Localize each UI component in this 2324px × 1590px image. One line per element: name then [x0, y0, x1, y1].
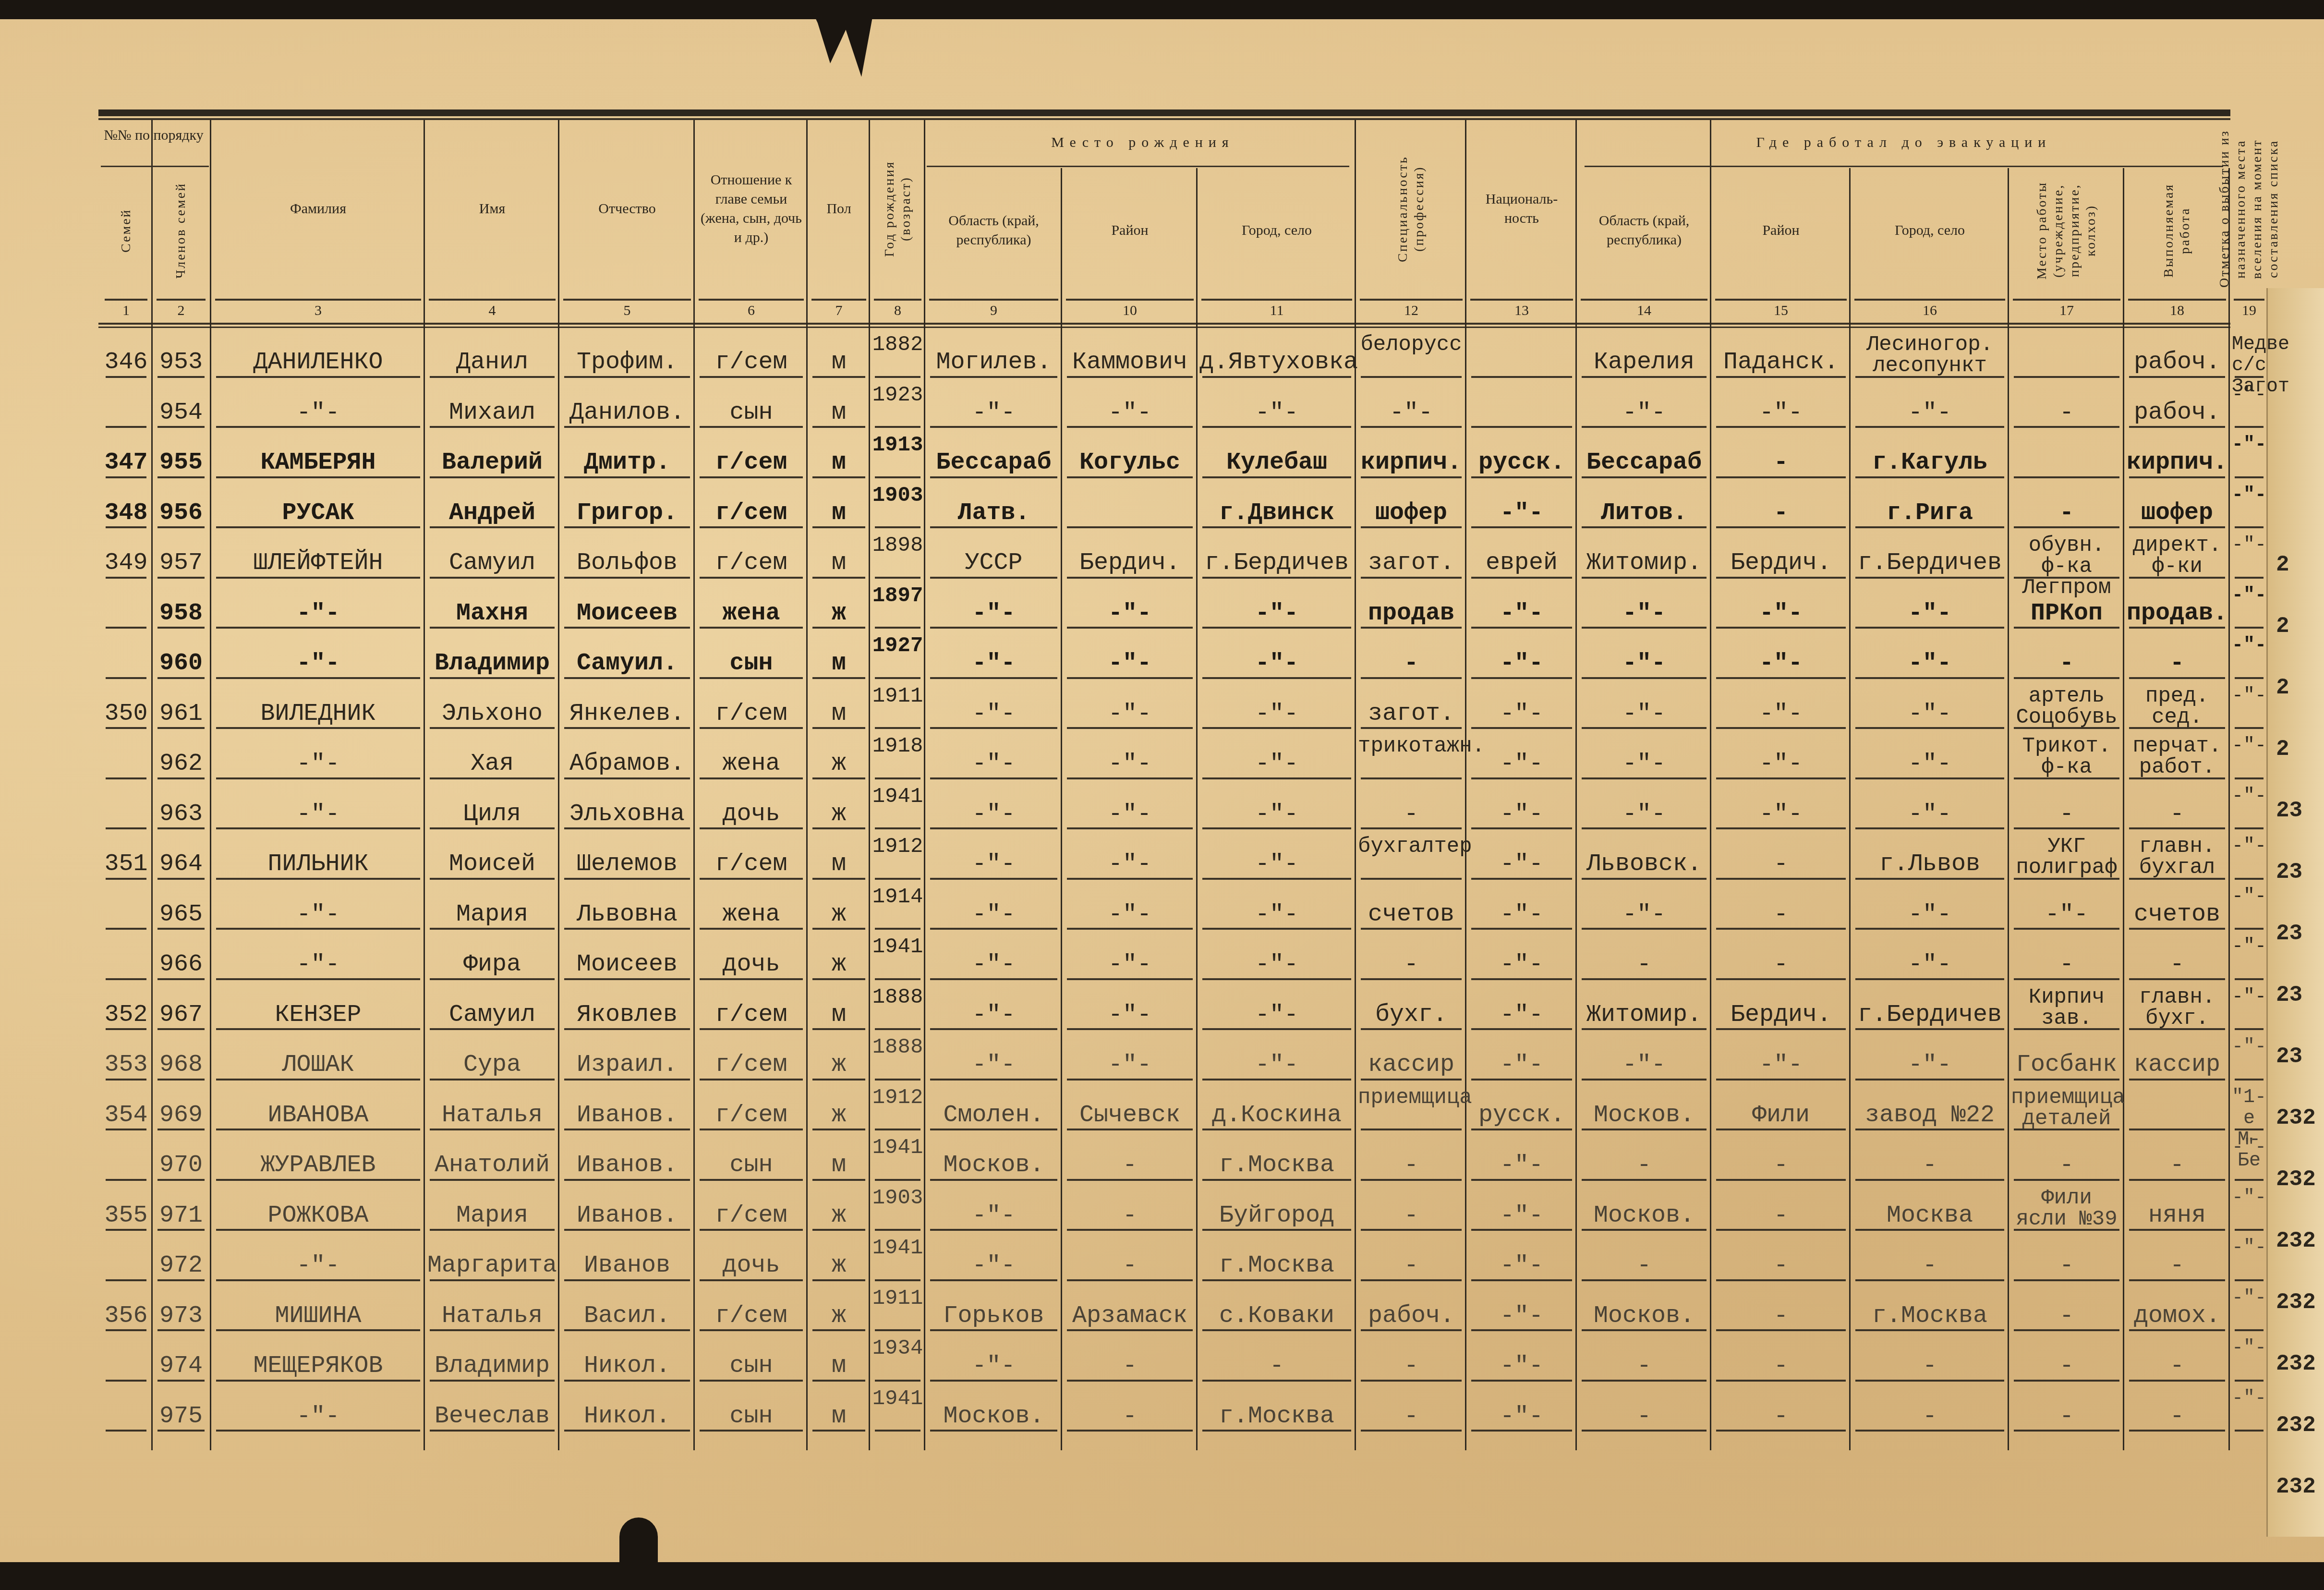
row-underline: [700, 777, 803, 779]
cell-name: Эльхоно: [427, 702, 557, 726]
cell-b-district: Арзамаск: [1064, 1304, 1196, 1328]
row-underline: [430, 878, 555, 880]
cell-note: -"-: [2232, 485, 2266, 506]
cell-w-district: -: [1713, 451, 1849, 475]
row-underline: [157, 577, 205, 579]
table-row: 974МЕЩЕРЯКОВВладимирНикол.сынм1934-"----…: [0, 1335, 2324, 1385]
row-underline: [1471, 1079, 1572, 1080]
row-underline: [1067, 1279, 1193, 1281]
row-underline: [875, 1380, 920, 1382]
column-number: 7: [808, 303, 870, 319]
row-underline: [106, 1279, 146, 1281]
row-underline: [1471, 476, 1572, 478]
row-underline: [2129, 978, 2225, 980]
cell-job: главн. бухгал: [2126, 836, 2228, 878]
row-underline: [1582, 577, 1707, 579]
row-underline: [2014, 1329, 2119, 1331]
column-header-19: Отметка о выбытии из назначенного места …: [2232, 130, 2266, 288]
cell-w-district: -: [1713, 1354, 1849, 1378]
header-top-rule-thin: [98, 118, 2230, 120]
row-underline: [930, 376, 1057, 378]
cell-job: главн. бухг.: [2126, 987, 2228, 1029]
row-underline: [2129, 577, 2225, 579]
cell-name: Владимир: [427, 652, 557, 676]
row-underline: [1361, 1229, 1462, 1231]
cell-job: -: [2126, 1254, 2228, 1278]
column-header-2: Членов семей: [155, 173, 207, 288]
cell-job: перчат. работ.: [2126, 736, 2228, 778]
cell-b-region: -"-: [927, 1003, 1060, 1027]
row-underline: [430, 1329, 555, 1331]
table-row: 354969ИВАНОВАНатальяИванов.г/семж1912Смо…: [0, 1084, 2324, 1135]
cell-b-district: Сычевск: [1064, 1104, 1196, 1128]
row-underline: [1361, 476, 1462, 478]
cell-b-region: Могилев.: [927, 351, 1060, 375]
cell-workplace: -: [2011, 401, 2122, 425]
table-row: 348956РУСАКАндрейГригор.г/семм1903Латв.г…: [0, 482, 2324, 533]
row-underline: [1855, 426, 2004, 428]
row-underline: [106, 1179, 146, 1181]
cell-w-city: -"-: [1852, 903, 2007, 927]
cell-relation: сын: [697, 1153, 806, 1177]
row-underline: [1202, 978, 1351, 980]
cell-w-district: Бердич.: [1713, 551, 1849, 575]
cell-patronymic: Иванов.: [561, 1153, 693, 1177]
cell-patronymic: Абрамов.: [561, 752, 693, 776]
row-underline: [430, 426, 555, 428]
cell-note: -"-: [2232, 1238, 2266, 1259]
cell-w-district: -"-: [1713, 602, 1849, 626]
row-underline: [1067, 1079, 1193, 1080]
row-underline: [2235, 1279, 2263, 1281]
column-number-rule: [215, 299, 421, 301]
cell-sex: ж: [810, 903, 868, 927]
row-underline: [1361, 627, 1462, 629]
row-underline: [700, 727, 803, 729]
cell-surname: -"-: [213, 652, 423, 676]
cell-family: 356: [103, 1304, 149, 1328]
cell-w-region: Москов.: [1579, 1204, 1709, 1228]
row-underline: [2235, 1129, 2263, 1130]
cell-w-district: -"-: [1713, 401, 1849, 425]
row-underline: [564, 1430, 690, 1432]
cell-w-region: Карелия: [1579, 351, 1709, 375]
row-underline: [564, 476, 690, 478]
cell-note: -"-: [2232, 435, 2266, 456]
cell-patronymic: Вольфов: [561, 551, 693, 575]
table-row: 352967КЕНЗЕРСамуилЯковлевг/семм1888-"--"…: [0, 984, 2324, 1034]
cell-b-region: Смолен.: [927, 1104, 1060, 1128]
row-underline: [1361, 878, 1462, 880]
cell-relation: сын: [697, 1354, 806, 1378]
cell-b-district: -"-: [1064, 1053, 1196, 1077]
column-number: 19: [2230, 303, 2268, 319]
cell-patronymic: Иванов.: [561, 1104, 693, 1128]
row-underline: [1202, 677, 1351, 679]
row-underline: [1361, 1380, 1462, 1382]
row-underline: [875, 878, 920, 880]
column-header-9: Область (край, республика): [927, 173, 1060, 288]
cell-job: счетов: [2126, 903, 2228, 927]
cell-member: 961: [155, 702, 207, 726]
row-underline: [1471, 1028, 1572, 1030]
row-underline: [2235, 1028, 2263, 1030]
cell-w-region: Москов.: [1579, 1104, 1709, 1128]
row-underline: [2235, 526, 2263, 528]
table-row: 347955КАМБЕРЯНВалерийДмитр.г/семм1913Бес…: [0, 432, 2324, 482]
row-underline: [430, 677, 555, 679]
cell-w-region: Москов.: [1579, 1304, 1709, 1328]
row-underline: [930, 978, 1057, 980]
row-underline: [1716, 1179, 1846, 1181]
row-underline: [875, 476, 920, 478]
cell-name: Анатолий: [427, 1153, 557, 1177]
row-underline: [157, 376, 205, 378]
table-row: 963-"-ЦиляЭльховнадочьж1941-"--"--"---"-…: [0, 783, 2324, 834]
cell-b-region: -"-: [927, 602, 1060, 626]
adjacent-page-number: 2: [2276, 614, 2289, 639]
cell-b-region: -"-: [927, 1254, 1060, 1278]
cell-workplace: -: [2011, 1354, 2122, 1378]
cell-patronymic: Данилов.: [561, 401, 693, 425]
row-underline: [564, 1329, 690, 1331]
column-number-rule: [429, 299, 556, 301]
cell-relation: г/сем: [697, 702, 806, 726]
cell-note: -"-: [2232, 936, 2266, 958]
row-underline: [875, 1129, 920, 1130]
cell-w-region: -: [1579, 1405, 1709, 1429]
row-underline: [1582, 677, 1707, 679]
cell-nationality: -"-: [1468, 702, 1575, 726]
row-underline: [875, 627, 920, 629]
row-underline: [2235, 677, 2263, 679]
cell-b-district: -: [1064, 1153, 1196, 1177]
row-underline: [1067, 1179, 1193, 1181]
cell-workplace: приемщица деталей: [2011, 1087, 2122, 1129]
cell-surname: РУСАК: [213, 501, 423, 525]
cell-member: 966: [155, 953, 207, 977]
row-underline: [430, 928, 555, 930]
torn-edge-top: [0, 0, 2324, 19]
cell-workplace: -: [2011, 501, 2122, 525]
row-underline: [700, 677, 803, 679]
row-underline: [1716, 526, 1846, 528]
cell-year: 1882: [872, 334, 923, 355]
row-underline: [1067, 878, 1193, 880]
adjacent-page-number: 232: [2276, 1167, 2316, 1192]
row-underline: [1067, 577, 1193, 579]
row-underline: [2129, 878, 2225, 880]
row-underline: [106, 1229, 146, 1231]
row-underline: [216, 476, 420, 478]
row-underline: [1202, 1380, 1351, 1382]
row-underline: [700, 577, 803, 579]
cell-b-region: -"-: [927, 702, 1060, 726]
cell-profession: -: [1358, 1153, 1465, 1177]
cell-w-city: -: [1852, 1354, 2007, 1378]
row-underline: [1855, 526, 2004, 528]
row-underline: [1582, 878, 1707, 880]
row-underline: [157, 1028, 205, 1030]
cell-w-district: Бердич.: [1713, 1003, 1849, 1027]
cell-sex: ж: [810, 1304, 868, 1328]
cell-name: Моисей: [427, 852, 557, 876]
cell-year: 1941: [872, 786, 923, 807]
cell-b-district: -"-: [1064, 1003, 1196, 1027]
row-underline: [875, 727, 920, 729]
row-underline: [1067, 1229, 1193, 1231]
row-underline: [1361, 1129, 1462, 1130]
row-underline: [812, 1129, 865, 1130]
row-underline: [875, 526, 920, 528]
cell-family: 355: [103, 1204, 149, 1228]
column-header-5: Отчество: [561, 130, 693, 288]
row-underline: [1067, 727, 1193, 729]
column-number: 3: [211, 303, 425, 319]
cell-nationality: русск.: [1468, 451, 1575, 475]
row-underline: [430, 577, 555, 579]
cell-profession: бухг.: [1358, 1003, 1465, 1027]
cell-workplace: -: [2011, 652, 2122, 676]
adjacent-page-number: 2: [2276, 552, 2289, 577]
row-underline: [930, 827, 1057, 829]
row-underline: [2129, 1079, 2225, 1080]
row-underline: [2014, 827, 2119, 829]
cell-nationality: -"-: [1468, 1304, 1575, 1328]
cell-name: Мария: [427, 1204, 557, 1228]
row-underline: [875, 1028, 920, 1030]
column-number: 6: [695, 303, 808, 319]
row-underline: [1202, 1279, 1351, 1281]
cell-w-district: -: [1713, 852, 1849, 876]
cell-sex: м: [810, 852, 868, 876]
row-underline: [2235, 1229, 2263, 1231]
row-underline: [700, 1079, 803, 1080]
cell-b-district: -"-: [1064, 802, 1196, 826]
cell-w-district: Паданск.: [1713, 351, 1849, 375]
cell-year: 1903: [872, 485, 923, 506]
column-header-1: Семей: [103, 173, 149, 288]
row-underline: [2235, 577, 2263, 579]
row-underline: [106, 1380, 146, 1382]
adjacent-page-number: 232: [2276, 1351, 2316, 1376]
cell-note: -"-: [2232, 686, 2266, 707]
cell-note: -"-: [2232, 736, 2266, 757]
row-underline: [812, 878, 865, 880]
row-underline: [1067, 677, 1193, 679]
cell-w-district: -"-: [1713, 652, 1849, 676]
column-number-rule: [699, 299, 804, 301]
cell-w-district: -: [1713, 501, 1849, 525]
cell-w-city: -: [1852, 1254, 2007, 1278]
cell-nationality: -"-: [1468, 953, 1575, 977]
cell-member: 968: [155, 1053, 207, 1077]
row-underline: [1067, 627, 1193, 629]
row-underline: [216, 727, 420, 729]
cell-w-district: -: [1713, 1405, 1849, 1429]
cell-sex: м: [810, 1354, 868, 1378]
row-underline: [1067, 1129, 1193, 1130]
cell-profession: -"-: [1358, 401, 1465, 425]
column-number-rule: [2234, 299, 2264, 301]
row-underline: [1471, 677, 1572, 679]
cell-name: Маргарита: [427, 1254, 557, 1278]
row-underline: [157, 1279, 205, 1281]
row-underline: [2014, 526, 2119, 528]
cell-b-district: -"-: [1064, 401, 1196, 425]
cell-sex: ж: [810, 953, 868, 977]
row-underline: [1855, 1380, 2004, 1382]
row-underline: [812, 526, 865, 528]
row-underline: [1582, 1329, 1707, 1331]
row-underline: [1202, 1329, 1351, 1331]
cell-year: 1911: [872, 1288, 923, 1309]
row-underline: [1582, 827, 1707, 829]
row-underline: [700, 1179, 803, 1181]
cell-w-city: -"-: [1852, 702, 2007, 726]
table-row: 960-"-ВладимирСамуил.сынм1927-"--"--"---…: [0, 632, 2324, 683]
cell-year: 1923: [872, 385, 923, 406]
cell-relation: г/сем: [697, 1104, 806, 1128]
row-underline: [2014, 1179, 2119, 1181]
cell-workplace: УКГ полиграф: [2011, 836, 2122, 878]
cell-member: 969: [155, 1104, 207, 1128]
cell-w-city: -"-: [1852, 652, 2007, 676]
row-underline: [1582, 777, 1707, 779]
cell-b-region: -"-: [927, 752, 1060, 776]
cell-name: Мария: [427, 903, 557, 927]
row-underline: [1471, 1279, 1572, 1281]
row-underline: [1716, 1279, 1846, 1281]
cell-relation: г/сем: [697, 1053, 806, 1077]
row-underline: [106, 978, 146, 980]
column-header-13: Националь-ность: [1468, 130, 1575, 288]
row-underline: [157, 1179, 205, 1181]
row-underline: [930, 727, 1057, 729]
column-header-6: Отношение к главе семьи (жена, сын, дочь…: [697, 130, 806, 288]
row-underline: [106, 426, 146, 428]
cell-surname: -"-: [213, 1254, 423, 1278]
cell-relation: сын: [697, 1405, 806, 1429]
cell-note: -"-: [2232, 886, 2266, 908]
row-underline: [1855, 727, 2004, 729]
cell-name: Махня: [427, 602, 557, 626]
cell-note: -"-: [2232, 1388, 2266, 1409]
cell-workplace: артель Соцобувь: [2011, 686, 2122, 728]
cell-surname: -"-: [213, 752, 423, 776]
row-underline: [564, 526, 690, 528]
row-underline: [106, 827, 146, 829]
row-underline: [106, 878, 146, 880]
cell-w-region: -"-: [1579, 903, 1709, 927]
cell-b-region: -"-: [927, 802, 1060, 826]
row-underline: [875, 1430, 920, 1432]
row-underline: [564, 827, 690, 829]
row-underline: [930, 627, 1057, 629]
row-underline: [216, 1430, 420, 1432]
row-underline: [1067, 1430, 1193, 1432]
cell-b-city: г.Москва: [1199, 1153, 1354, 1177]
cell-b-district: -"-: [1064, 752, 1196, 776]
row-underline: [1716, 727, 1846, 729]
cell-profession: загот.: [1358, 551, 1465, 575]
row-underline: [1855, 1279, 2004, 1281]
row-underline: [216, 1129, 420, 1130]
cell-w-city: Москва: [1852, 1204, 2007, 1228]
cell-job: -: [2126, 1405, 2228, 1429]
row-underline: [1361, 376, 1462, 378]
row-underline: [106, 1430, 146, 1432]
row-underline: [106, 928, 146, 930]
row-underline: [2129, 1430, 2225, 1432]
cell-family: 353: [103, 1053, 149, 1077]
cell-workplace: -: [2011, 1153, 2122, 1177]
row-underline: [430, 978, 555, 980]
cell-relation: дочь: [697, 802, 806, 826]
cell-w-district: -"-: [1713, 752, 1849, 776]
cell-year: 1927: [872, 635, 923, 656]
table-row: 965-"-МарияЛьвовнаженаж1914-"--"--"-счет…: [0, 884, 2324, 934]
cell-b-region: -"-: [927, 401, 1060, 425]
header-group-birthplace: Место рождения: [927, 134, 1359, 151]
row-underline: [1582, 1028, 1707, 1030]
column-number-rule: [1854, 299, 2005, 301]
row-underline: [700, 1329, 803, 1331]
header-top-rule: [98, 109, 2230, 116]
row-underline: [564, 426, 690, 428]
row-underline: [1202, 727, 1351, 729]
row-underline: [875, 777, 920, 779]
row-underline: [216, 827, 420, 829]
row-underline: [2129, 426, 2225, 428]
cell-surname: -"-: [213, 401, 423, 425]
row-underline: [700, 476, 803, 478]
row-underline: [2014, 878, 2119, 880]
row-underline: [930, 1179, 1057, 1181]
row-underline: [1716, 1229, 1846, 1231]
row-underline: [216, 426, 420, 428]
cell-w-region: -: [1579, 1254, 1709, 1278]
cell-relation: дочь: [697, 953, 806, 977]
cell-relation: г/сем: [697, 451, 806, 475]
row-underline: [157, 777, 205, 779]
cell-w-district: -: [1713, 903, 1849, 927]
cell-w-region: -: [1579, 1354, 1709, 1378]
cell-patronymic: Шелемов: [561, 852, 693, 876]
cell-sex: ж: [810, 1204, 868, 1228]
row-underline: [1202, 827, 1351, 829]
row-underline: [1716, 577, 1846, 579]
cell-b-city: -"-: [1199, 401, 1354, 425]
cell-member: 964: [155, 852, 207, 876]
row-underline: [2235, 1380, 2263, 1382]
cell-member: 970: [155, 1153, 207, 1177]
cell-job: -: [2126, 1153, 2228, 1177]
row-underline: [812, 1329, 865, 1331]
row-underline: [1361, 928, 1462, 930]
cell-w-city: -"-: [1852, 953, 2007, 977]
column-number-rule: [874, 299, 921, 301]
row-underline: [216, 1329, 420, 1331]
row-underline: [157, 677, 205, 679]
row-underline: [1361, 978, 1462, 980]
cell-b-district: -: [1064, 1405, 1196, 1429]
cell-relation: г/сем: [697, 501, 806, 525]
row-underline: [564, 777, 690, 779]
row-underline: [930, 526, 1057, 528]
cell-surname: ЖУРАВЛЕВ: [213, 1153, 423, 1177]
cell-b-city: г.Москва: [1199, 1405, 1354, 1429]
